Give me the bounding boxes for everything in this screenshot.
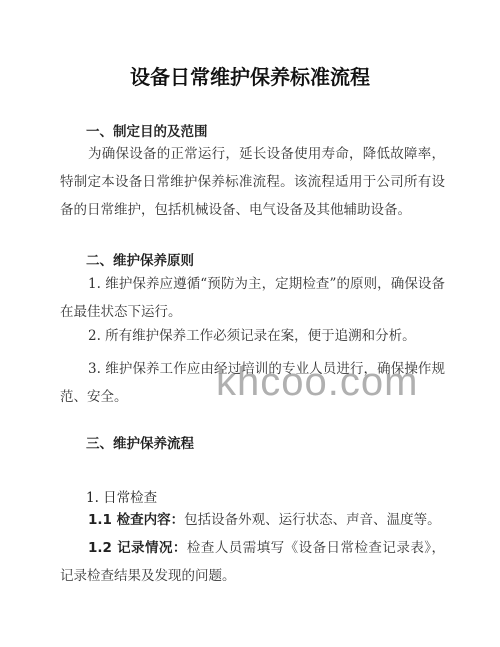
item-label: 1.2 记录情况： <box>88 540 187 556</box>
section-heading-purpose: 一、制定目的及范围 <box>86 120 208 140</box>
item-record-status: 1.2 记录情况：检查人员需填写《设备日常检查记录表》，记录检查结果及发现的问题… <box>60 534 445 590</box>
subsection-heading-daily-check: 1. 日常检查 <box>86 486 157 506</box>
paragraph-purpose: 为确保设备的正常运行，延长设备使用寿命，降低故障率，特制定本设备日常维护保养标准… <box>60 140 445 224</box>
document-page: 设备日常维护保养标准流程 一、制定目的及范围 为确保设备的正常运行，延长设备使用… <box>0 0 500 647</box>
document-title: 设备日常维护保养标准流程 <box>0 61 500 90</box>
section-heading-principles: 二、维护保养原则 <box>86 249 194 269</box>
item-label: 1.1 检查内容： <box>88 512 184 528</box>
item-text: 包括设备外观、运行状态、声音、温度等。 <box>184 512 441 528</box>
paragraph-principle-2: 2. 所有维护保养工作必须记录在案，便于追溯和分析。 <box>60 322 445 350</box>
paragraph-principle-1: 1. 维护保养应遵循“预防为主，定期检查”的原则，确保设备在最佳状态下运行。 <box>60 270 445 326</box>
watermark: khcoo.com <box>216 360 418 405</box>
section-heading-process: 三、维护保养流程 <box>86 432 194 452</box>
item-check-content: 1.1 检查内容：包括设备外观、运行状态、声音、温度等。 <box>60 506 445 534</box>
